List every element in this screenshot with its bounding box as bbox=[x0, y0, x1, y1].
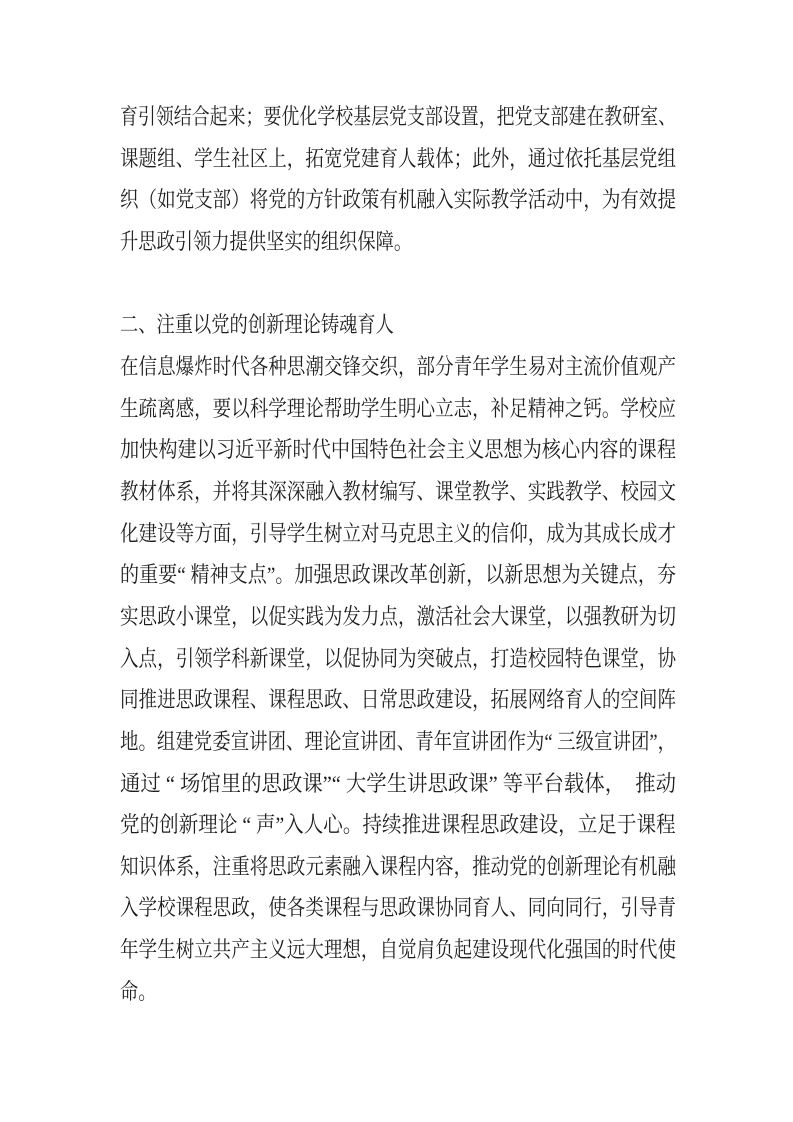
text-line: 在信息爆炸时代各种思潮交锋交织，部分青年学生易对主流价值观产 bbox=[120, 346, 676, 388]
section-heading-line: 二、注重以党的创新理论铸魂育人 bbox=[120, 304, 394, 346]
text-line: 通过 “ 场馆里的思政课”“ 大学生讲思政课” 等平台载体， 推动 bbox=[120, 763, 676, 805]
text-line: 地。组建党委宣讲团、理论宣讲团、青年宣讲团作为“ 三级宣讲团”， bbox=[120, 721, 676, 763]
text-line: 知识体系，注重将思政元素融入课程内容，推动党的创新理论有机融 bbox=[120, 846, 676, 888]
text-line: 入点，引领学科新课堂，以促协同为突破点，打造校园特色课堂，协 bbox=[120, 638, 676, 680]
text-block: 育引领结合起来；要优化学校基层党支部设置，把党支部建在教研室、课题组、学生社区上… bbox=[120, 96, 676, 1012]
text-line: 升思政引领力提供坚实的组织保障。 bbox=[120, 221, 412, 263]
text-line: 化建设等方面，引导学生树立对马克思主义的信仰，成为其成长成才 bbox=[120, 513, 676, 555]
text-line: 的重要“ 精神支点”。加强思政课改革创新，以新思想为关键点，夯 bbox=[120, 554, 676, 596]
text-line: 入学校课程思政，使各类课程与思政课协同育人、同向同行，引导青 bbox=[120, 887, 676, 929]
blank-line bbox=[120, 263, 676, 305]
text-line: 加快构建以习近平新时代中国特色社会主义思想为核心内容的课程 bbox=[120, 429, 676, 471]
text-line: 织（如党支部）将党的方针政策有机融入实际教学活动中，为有效提 bbox=[120, 179, 676, 221]
text-line: 党的创新理论 “ 声”入人心。持续推进课程思政建设，立足于课程 bbox=[120, 804, 676, 846]
text-line: 实思政小课堂，以促实践为发力点，激活社会大课堂，以强教研为切 bbox=[120, 596, 676, 638]
text-line: 教材体系，并将其深深融入教材编写、课堂教学、实践教学、校园文 bbox=[120, 471, 676, 513]
document-page: 育引领结合起来；要优化学校基层党支部设置，把党支部建在教研室、课题组、学生社区上… bbox=[0, 0, 793, 1122]
text-line: 同推进思政课程、课程思政、日常思政建设，拓展网络育人的空间阵 bbox=[120, 679, 676, 721]
text-line: 生疏离感，要以科学理论帮助学生明心立志，补足精神之钙。学校应 bbox=[120, 388, 676, 430]
text-line: 课题组、学生社区上，拓宽党建育人载体；此外，通过依托基层党组 bbox=[120, 138, 676, 180]
text-line: 年学生树立共产主义远大理想，自觉肩负起建设现代化强国的时代使 bbox=[120, 929, 676, 971]
text-line: 命。 bbox=[120, 971, 157, 1013]
text-line: 育引领结合起来；要优化学校基层党支部设置，把党支部建在教研室、 bbox=[120, 96, 676, 138]
